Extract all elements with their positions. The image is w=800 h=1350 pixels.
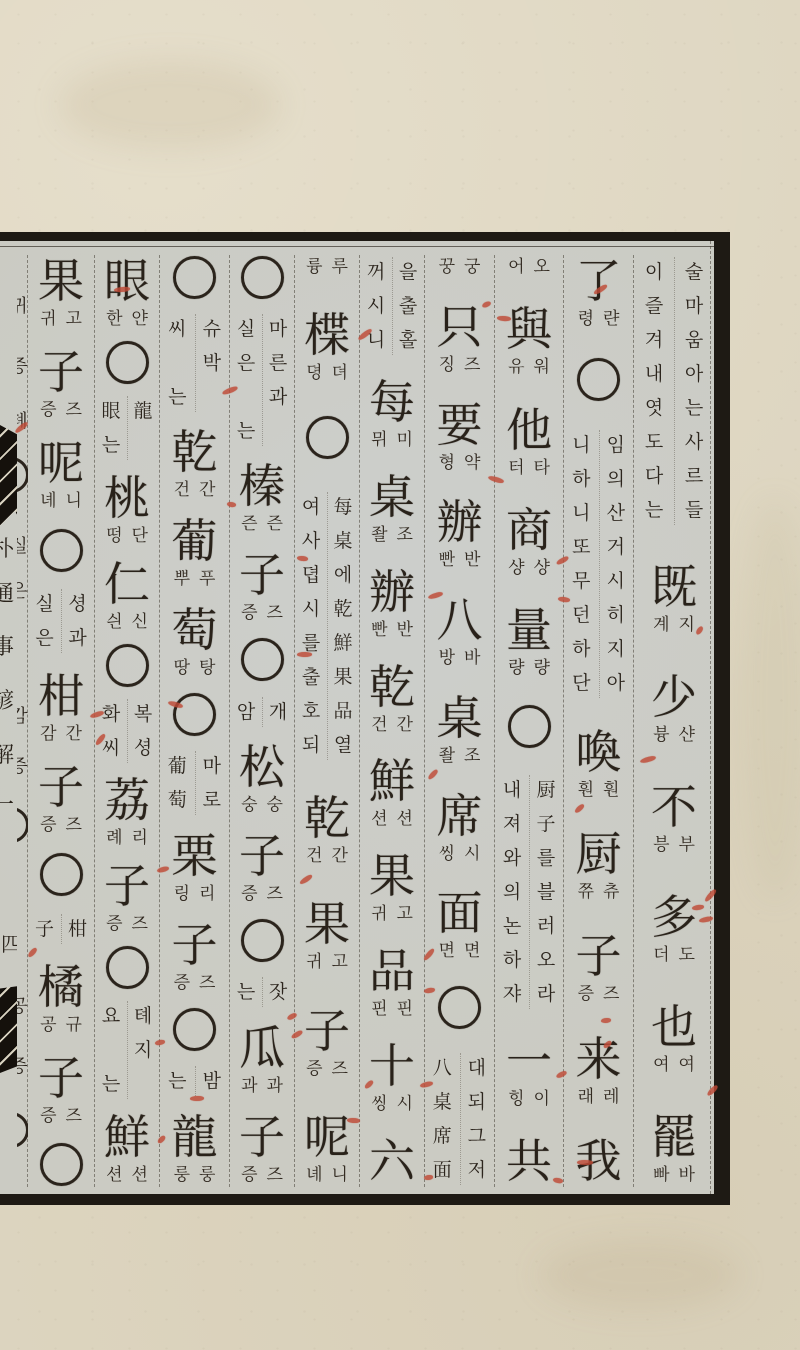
hanja-entry: 鮮션션 [360,755,424,831]
hanja-entry: 乾건간 [160,426,229,502]
annotation-right: 厨 [529,773,563,807]
pronunciation-gloss-pair: 령랸 [578,307,620,331]
annotation-block: 암개 [230,695,294,729]
gloss-left: 증 [578,982,594,1006]
gloss-left: 량 [508,656,524,680]
hanja-entry: 少븅샨 [634,671,714,747]
pronunciation-gloss-pair: 터타 [508,456,550,480]
clipped-glyph: 증 [17,1052,28,1078]
hanja-char: 子 [239,830,285,882]
annotation-left: 논 [495,909,529,943]
hanja-entry: 子증즈 [28,346,94,422]
annotation-right: 산 [599,496,634,530]
pronunciation-gloss-pair: 증즈 [40,813,82,837]
hanja-char: 楪 [304,309,350,361]
annotation-row: 암개 [230,695,294,729]
annotation-left: 는 [634,493,674,527]
annotation-left: 는 [230,414,262,448]
annotation-right: 에 [327,558,359,592]
pronunciation-gloss-pair: 녜니 [306,1163,348,1187]
gloss-left: 븅 [653,723,669,747]
annotation-row: 를鮮 [295,626,359,660]
hanja-entry: 子증즈 [28,761,94,837]
annotation-left: 화 [95,697,127,731]
hanja-entry: 十씽시 [360,1040,424,1116]
gloss-left: 증 [241,601,257,625]
gloss-left: 공 [40,1013,56,1037]
clipped-glyph: 증 [17,752,28,778]
fishtail-mark-bottom [0,985,17,1073]
annotation-right: 果 [327,660,359,694]
text-column-5: 꺼을시출니홀每뮈미桌좔조辦빤반乾건간鮮션션果귀고品핀핀十씽시六 [359,255,424,1187]
annotation-row: 되열 [295,728,359,762]
hanja-entry: 子증즈 [295,1005,359,1081]
circle-separator [230,255,294,299]
annotation-left: 출 [295,660,327,694]
annotation-right: 는 [674,391,714,425]
annotation-block: 八대桌되席그面저 [425,1051,494,1187]
hanja-entry: 辦빤반 [360,566,424,642]
gloss-left: 증 [241,882,257,906]
annotation-left: 와 [495,841,529,875]
circle-glyph [173,693,216,736]
annotation-row: 眼龍 [95,394,159,428]
hanja-char: 席 [437,790,483,842]
gloss-right: 미 [397,428,413,452]
gloss-right: 뎌 [332,361,348,385]
annotation-right: 을 [392,255,424,289]
gloss-left: 증 [241,1163,257,1187]
gloss-left: 귀 [40,307,56,331]
annotation-right: 의 [599,462,634,496]
gloss-left: 싄 [106,610,122,634]
hanja-entry: 乾건간 [360,661,424,737]
annotation-left: 은 [28,621,61,655]
gloss-left: 증 [40,813,56,837]
gloss-right: 루 [332,255,348,279]
fold-title-char: 事 [0,630,16,661]
hanja-char: 既 [651,561,697,613]
gloss-left: 어 [508,255,524,279]
hanja-entry: 楪뎡뎌 [295,309,359,385]
circle-glyph [173,1008,216,1051]
gloss-left: 빠 [653,1163,669,1187]
text-column-8: 씨슈박는乾건간葡뿌푸萄땅탕葡마萄로栗링리子증즈는밤龍룽룽 [159,255,229,1187]
gloss-right: 단 [132,524,148,548]
hanja-char: 果 [369,850,415,902]
annotation-right: 밤 [195,1064,230,1098]
annotation-block: 실마은른과는 [230,312,294,448]
annotation-left: 桌 [425,1085,460,1119]
clipped-circle [17,457,28,493]
pronunciation-gloss-pair: 빤반 [371,618,413,642]
fold-title-char: 通 [0,577,16,608]
gloss-right: 즌 [267,512,283,536]
paper-stain [60,60,280,150]
pronunciation-gloss-pair: 어오 [495,255,563,279]
gloss-right: 얀 [132,307,148,331]
annotation-left: 던 [564,598,599,632]
gloss-right: 간 [66,722,82,746]
pronunciation-gloss-pair: 좔조 [439,744,481,768]
pronunciation-gloss-pair: 룽룽 [174,1163,216,1187]
gloss-right: 간 [332,844,348,868]
gloss-right: 고 [332,950,348,974]
gloss-left: 더 [653,943,669,967]
hanja-char: 八 [437,594,483,646]
gloss-left: 씽 [371,1092,387,1116]
pronunciation-gloss-pair: 증즈 [241,1163,283,1187]
circle-glyph [40,1143,83,1186]
hanja-entry: 乾건간 [295,792,359,868]
gloss-left: 증 [306,1057,322,1081]
gloss-left: 씽 [439,842,455,866]
gloss-right: 핀 [397,997,413,1021]
hanja-char: 子 [576,930,622,982]
annotation-right: 르 [674,459,714,493]
circle-separator [564,357,633,401]
circle-separator [95,341,159,385]
hanja-entry: 桌좔조 [425,692,494,768]
hanja-entry: 栗링리 [160,830,229,906]
annotation-left: 실 [230,312,262,346]
hanja-char: 萄 [172,604,218,656]
annotation-right [195,380,230,414]
circle-separator [425,985,494,1029]
gloss-left: 징 [439,353,455,377]
annotation-row: 子柑 [28,912,94,946]
annotation-row: 내아 [634,357,714,391]
spine-fold: 四 朴通事諺解一 [0,232,17,1205]
annotation-row: 던히 [564,598,633,632]
hanja-char: 要 [437,399,483,451]
annotation-block: 씨슈박는 [160,312,229,414]
gloss-right: 리 [199,882,215,906]
gloss-left: 증 [40,1104,56,1128]
annotation-block: 眼龍는 [95,394,159,462]
gloss-right: 탕 [199,656,215,680]
gloss-left: 계 [653,613,669,637]
pronunciation-gloss-pair: 건간 [306,844,348,868]
clipped-glyph: 감 [17,702,28,728]
gloss-right: 고 [397,902,413,926]
annotation-right: 른 [262,346,294,380]
annotation-right: 셩 [127,731,159,765]
annotation-left: 져 [495,807,529,841]
page-number: 四 [1,928,17,957]
pronunciation-gloss-pair: 션션 [106,1163,148,1187]
annotation-row: 의블 [495,875,563,909]
text-column-4: 꿍궁只징즈要형약辦빤반八방바桌좔조席씽시面면면八대桌되席그面저 [424,255,494,1187]
annotation-right: 品 [327,694,359,728]
gloss-right: 니 [332,1163,348,1187]
gloss-right: 워 [534,355,550,379]
gloss-left: 증 [174,971,190,995]
gloss-left: 례 [106,826,122,850]
annotation-right: 오 [529,943,563,977]
annotation-row: 무시 [564,564,633,598]
annotation-left: 겨 [634,323,674,357]
clipped-glyph: 실 [17,532,28,558]
annotation-right: 러 [529,909,563,943]
hanja-char: 六 [369,1135,415,1187]
annotation-row: 져子 [495,807,563,841]
annotation-left: 하 [564,632,599,666]
gloss-right: 즈 [267,882,283,906]
annotation-row: 요톄 [95,999,159,1033]
gloss-right: 숭 [267,793,283,817]
gloss-right: 부 [679,833,695,857]
annotation-row: 꺼을 [360,255,424,289]
annotation-left: 은 [230,346,262,380]
hanja-entry: 萄땅탕 [160,604,229,680]
circle-separator [230,919,294,963]
annotation-row: 桌되 [425,1085,494,1119]
text-column-10: 果귀고子증즈呢녜니실셩은과柑감간子증즈子柑橘공규子증즈 [27,255,94,1187]
hanja-char: 多 [651,891,697,943]
hanja-char: 不 [651,781,697,833]
hanja-entry: 子증즈 [564,930,633,1006]
hanja-char: 呢 [38,437,84,489]
gloss-left: 븡 [653,833,669,857]
gloss-left: 과 [241,1074,257,1098]
circle-glyph [241,919,284,962]
annotation-left: 내 [634,357,674,391]
hanja-entry: 子증즈 [160,919,229,995]
gloss-right: 타 [534,456,550,480]
annotation-row: 席그 [425,1119,494,1153]
text-columns-area: 이술즐마겨움내아엿는도사다르는들既계지少븅샨不븡부多더도也여여罷빠바了령랸니임하… [0,255,714,1187]
annotation-right: 鮮 [327,626,359,660]
annotation-right: 복 [127,697,159,731]
clipped-glyph: 귀 [17,292,28,318]
annotation-right: 박 [195,346,230,380]
pronunciation-gloss-pair: 꿍궁 [425,255,494,279]
circle-glyph [438,986,481,1029]
annotation-left: 여 [295,490,327,524]
annotation-left: 엿 [634,391,674,425]
annotation-row: 씨슈 [160,312,229,346]
gloss-left: 뿌 [174,567,190,591]
annotation-right: 지 [599,632,634,666]
pronunciation-gloss-pair: 량량 [508,656,550,680]
hanja-char: 了 [576,255,622,307]
pronunciation-gloss-pair: 건간 [174,478,216,502]
annotation-block: 子柑 [28,912,94,946]
fold-title-char: 諺 [0,684,16,715]
annotation-row: 실마 [230,312,294,346]
annotation-left: 八 [425,1051,460,1085]
hanja-char: 子 [239,1111,285,1163]
hanja-entry: 不븡부 [634,781,714,857]
gloss-right: 약 [464,451,480,475]
gloss-left: 션 [106,1163,122,1187]
annotation-right: 마 [195,749,230,783]
hanja-entry: 子증즈 [230,830,294,906]
hanja-entry: 與유워 [495,303,563,379]
annotation-row: 는들 [634,493,714,527]
annotation-right: 라 [529,977,563,1011]
annotation-right: 출 [392,289,424,323]
pronunciation-gloss-pair: 한얀 [106,307,148,331]
pronunciation-gloss-pair: 귀고 [306,950,348,974]
annotation-left: 실 [28,587,61,621]
annotation-left: 니 [564,496,599,530]
annotation-left: 요 [95,999,127,1033]
annotation-row: 니임 [564,428,633,462]
pronunciation-gloss-pair: 빠바 [653,1163,695,1187]
gloss-left: 링 [174,882,190,906]
hanja-char: 與 [506,303,552,355]
annotation-row: 은른 [230,346,294,380]
hanja-entry: 松숭숭 [230,741,294,817]
annotation-row: 여每 [295,490,359,524]
gloss-left: 귀 [371,902,387,926]
gloss-right: 간 [397,713,413,737]
annotation-right: 龍 [127,394,159,428]
circle-separator [295,416,359,460]
gloss-left: 핀 [371,997,387,1021]
gloss-left: 형 [439,451,455,475]
gloss-left: 즌 [241,512,257,536]
annotation-row: 시乾 [295,592,359,626]
pronunciation-gloss-pair: 땅탕 [174,656,216,680]
pronunciation-gloss-pair: 쮸츄 [578,880,620,904]
gloss-left: 좔 [439,744,455,768]
gloss-left: 샹 [508,556,524,580]
hanja-entry: 一힝이 [495,1035,563,1111]
hanja-char: 少 [651,671,697,723]
pronunciation-gloss-pair: 래레 [578,1085,620,1109]
hanja-char: 我 [576,1135,622,1187]
annotation-right: 블 [529,875,563,909]
hanja-entry: 瓜과과 [230,1022,294,1098]
circle-separator [28,853,94,897]
hanja-entry: 六 [360,1135,424,1187]
annotation-right: 셩 [61,587,94,621]
hanja-char: 栗 [172,830,218,882]
gloss-right: 반 [397,618,413,642]
annotation-left: 葡 [160,749,195,783]
gloss-right: 궁 [464,255,480,279]
hanja-entry: 榛즌즌 [230,460,294,536]
pronunciation-gloss-pair: 증즈 [306,1057,348,1081]
annotation-right: 홀 [392,323,424,357]
gloss-right: 시 [397,1092,413,1116]
annotation-row: 씨셩 [95,731,159,765]
hanja-char: 面 [437,887,483,939]
hanja-entry: 我 [564,1135,633,1187]
pronunciation-gloss-pair: 뎡뎌 [306,361,348,385]
annotation-row: 은과 [28,621,94,655]
annotation-left: 씨 [160,312,195,346]
annotation-row: 다르 [634,459,714,493]
annotation-row: 쟈라 [495,977,563,1011]
pronunciation-gloss-pair: 증즈 [40,1104,82,1128]
annotation-right: 子 [529,807,563,841]
gloss-left: 여 [653,1053,669,1077]
hanja-entry: 罷빠바 [634,1111,714,1187]
pronunciation-gloss-pair: 례리 [106,826,148,850]
hanja-char: 每 [369,376,415,428]
annotation-right: 대 [460,1051,495,1085]
annotation-row: 니홀 [360,323,424,357]
annotation-block: 내厨져子와를의블논러하오쟈라 [495,773,563,1011]
annotation-row: 하의 [564,462,633,496]
pronunciation-gloss-pair: 귀고 [371,902,413,926]
annotation-row: 도사 [634,425,714,459]
annotation-right: 아 [599,666,634,700]
hanja-char: 桌 [369,471,415,523]
pronunciation-gloss-pair: 션션 [371,807,413,831]
gloss-left: 빤 [439,548,455,572]
gloss-left: 떵 [106,524,122,548]
hanja-entry: 辦빤반 [425,496,494,572]
gloss-right: 션 [132,1163,148,1187]
annotation-row: 과 [230,380,294,414]
annotation-left: 席 [425,1119,460,1153]
hanja-entry: 仁싄신 [95,558,159,634]
annotation-right: 들 [674,493,714,527]
annotation-left: 시 [360,289,392,323]
gloss-left: 녜 [40,489,56,513]
annotation-row: 화복 [95,697,159,731]
annotation-right: 개 [262,695,294,729]
annotation-right: 잣 [262,975,294,1009]
clipped-left-column: 귀증톄실은감증공증 [17,232,28,1205]
hanja-char: 也 [651,1001,697,1053]
hanja-char: 十 [369,1040,415,1092]
annotation-right: 톄 [127,999,159,1033]
gloss-right: 레 [603,1085,619,1109]
hanja-entry: 多더도 [634,891,714,967]
annotation-right: 거 [599,530,634,564]
gloss-right: 면 [464,939,480,963]
annotation-block: 꺼을시출니홀 [360,255,424,357]
gloss-right: 오 [534,255,550,279]
annotation-left: 씨 [95,731,127,765]
annotation-block: 는잣 [230,975,294,1009]
annotation-block: 葡마萄로 [160,749,229,817]
hanja-entry: 橘공규 [28,961,94,1037]
annotation-row: 面저 [425,1153,494,1187]
hanja-entry: 席씽시 [425,790,494,866]
gloss-right: 즈 [199,971,215,995]
gloss-right: 이 [534,1087,550,1111]
pronunciation-gloss-pair: 면면 [439,939,481,963]
gloss-left: 훤 [578,778,594,802]
hanja-entry: 果귀고 [28,255,94,331]
hanja-entry: 呢녜니 [295,1111,359,1187]
gloss-left: 증 [106,912,122,936]
annotation-right [127,428,159,462]
hanja-char: 只 [437,301,483,353]
hanja-char: 量 [506,604,552,656]
annotation-block: 실셩은과 [28,587,94,655]
hanja-entry: 眼한얀 [95,255,159,331]
pronunciation-gloss-pair: 계지 [653,613,695,637]
circle-separator [95,946,159,990]
annotation-right: 마 [674,289,714,323]
hanja-entry: 龍룽룽 [160,1111,229,1187]
hanja-entry: 八방바 [425,594,494,670]
pronunciation-gloss-pair: 과과 [241,1074,283,1098]
pronunciation-gloss-pair: 증즈 [174,971,216,995]
pronunciation-gloss-pair: 좔조 [371,523,413,547]
clipped-circle [17,1112,28,1148]
pronunciation-gloss-pair: 증즈 [241,601,283,625]
pronunciation-gloss-pair: 링리 [174,882,216,906]
